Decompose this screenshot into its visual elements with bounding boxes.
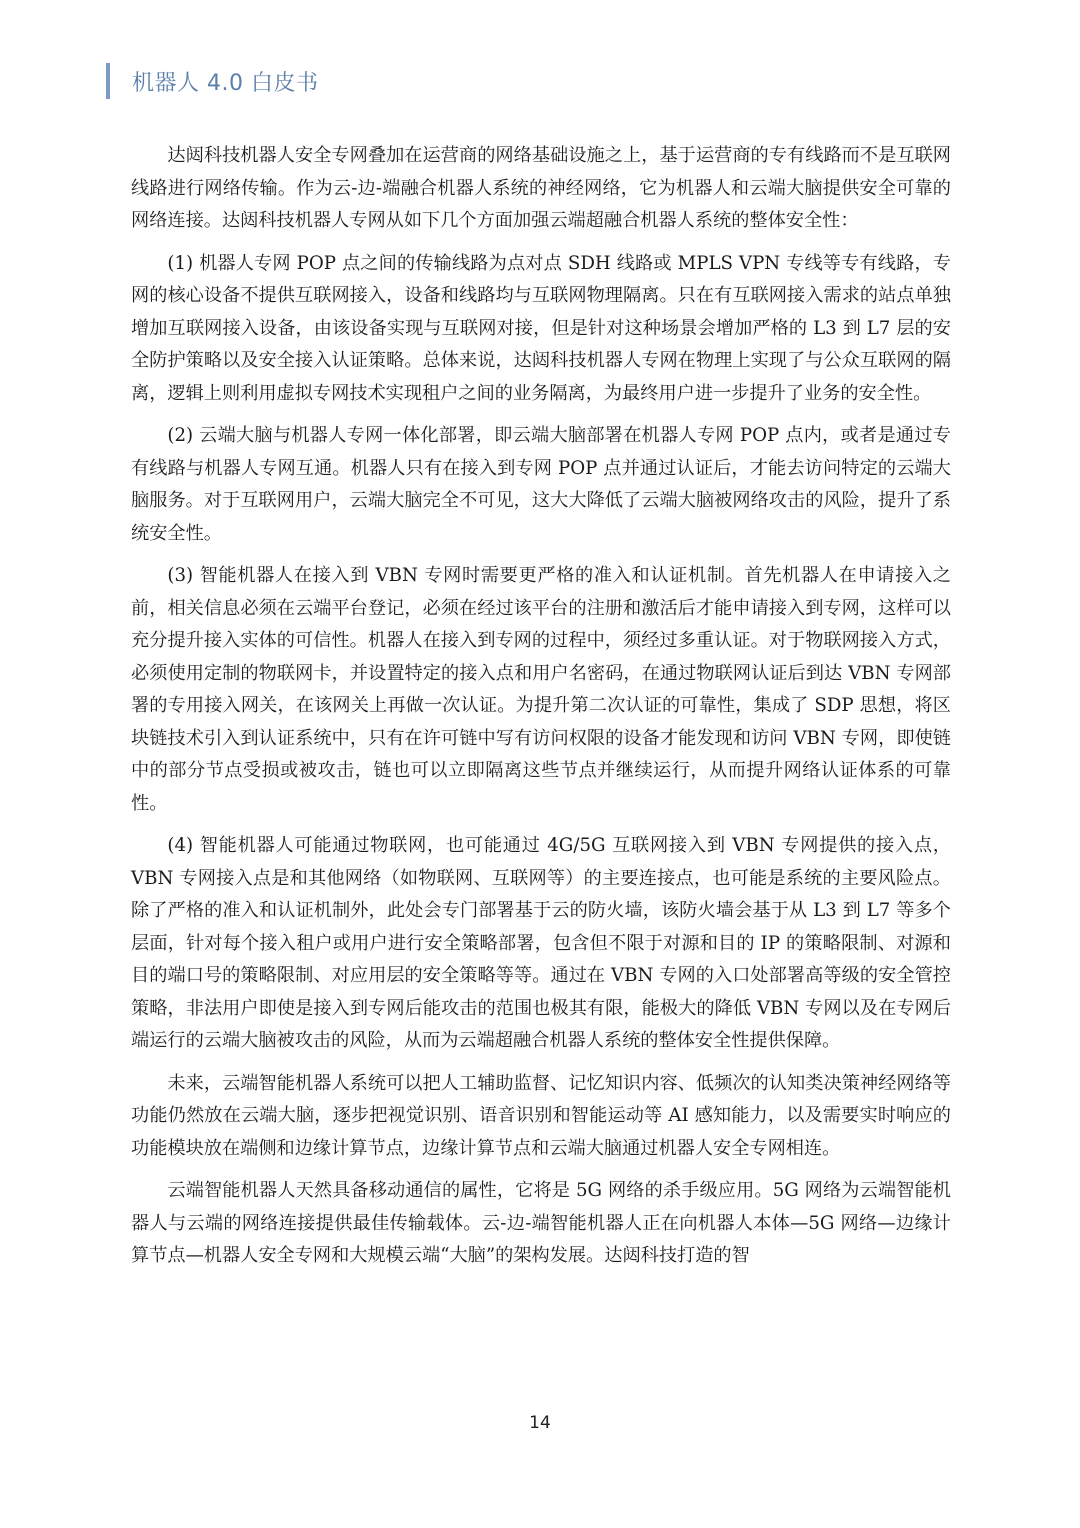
header-accent-bar xyxy=(106,63,110,99)
paragraph-point-4: (4) 智能机器人可能通过物联网，也可能通过 4G/5G 互联网接入到 VBN … xyxy=(131,830,951,1058)
running-header: 机器人 4.0 白皮书 xyxy=(106,62,318,100)
paragraph-5g: 云端智能机器人天然具备移动通信的属性，它将是 5G 网络的杀手级应用。5G 网络… xyxy=(131,1175,951,1273)
document-title: 机器人 4.0 白皮书 xyxy=(132,66,318,97)
paragraph-point-3: (3) 智能机器人在接入到 VBN 专网时需要更严格的准入和认证机制。首先机器人… xyxy=(131,560,951,820)
page-body: 达闼科技机器人安全专网叠加在运营商的网络基础设施之上，基于运营商的专有线路而不是… xyxy=(131,140,951,1283)
page-number: 14 xyxy=(0,1413,1080,1433)
paragraph-future: 未来，云端智能机器人系统可以把人工辅助监督、记忆知识内容、低频次的认知类决策神经… xyxy=(131,1068,951,1166)
paragraph-point-1: (1) 机器人专网 POP 点之间的传输线路为点对点 SDH 线路或 MPLS … xyxy=(131,248,951,411)
paragraph-point-2: (2) 云端大脑与机器人专网一体化部署，即云端大脑部署在机器人专网 POP 点内… xyxy=(131,420,951,550)
paragraph-intro: 达闼科技机器人安全专网叠加在运营商的网络基础设施之上，基于运营商的专有线路而不是… xyxy=(131,140,951,238)
